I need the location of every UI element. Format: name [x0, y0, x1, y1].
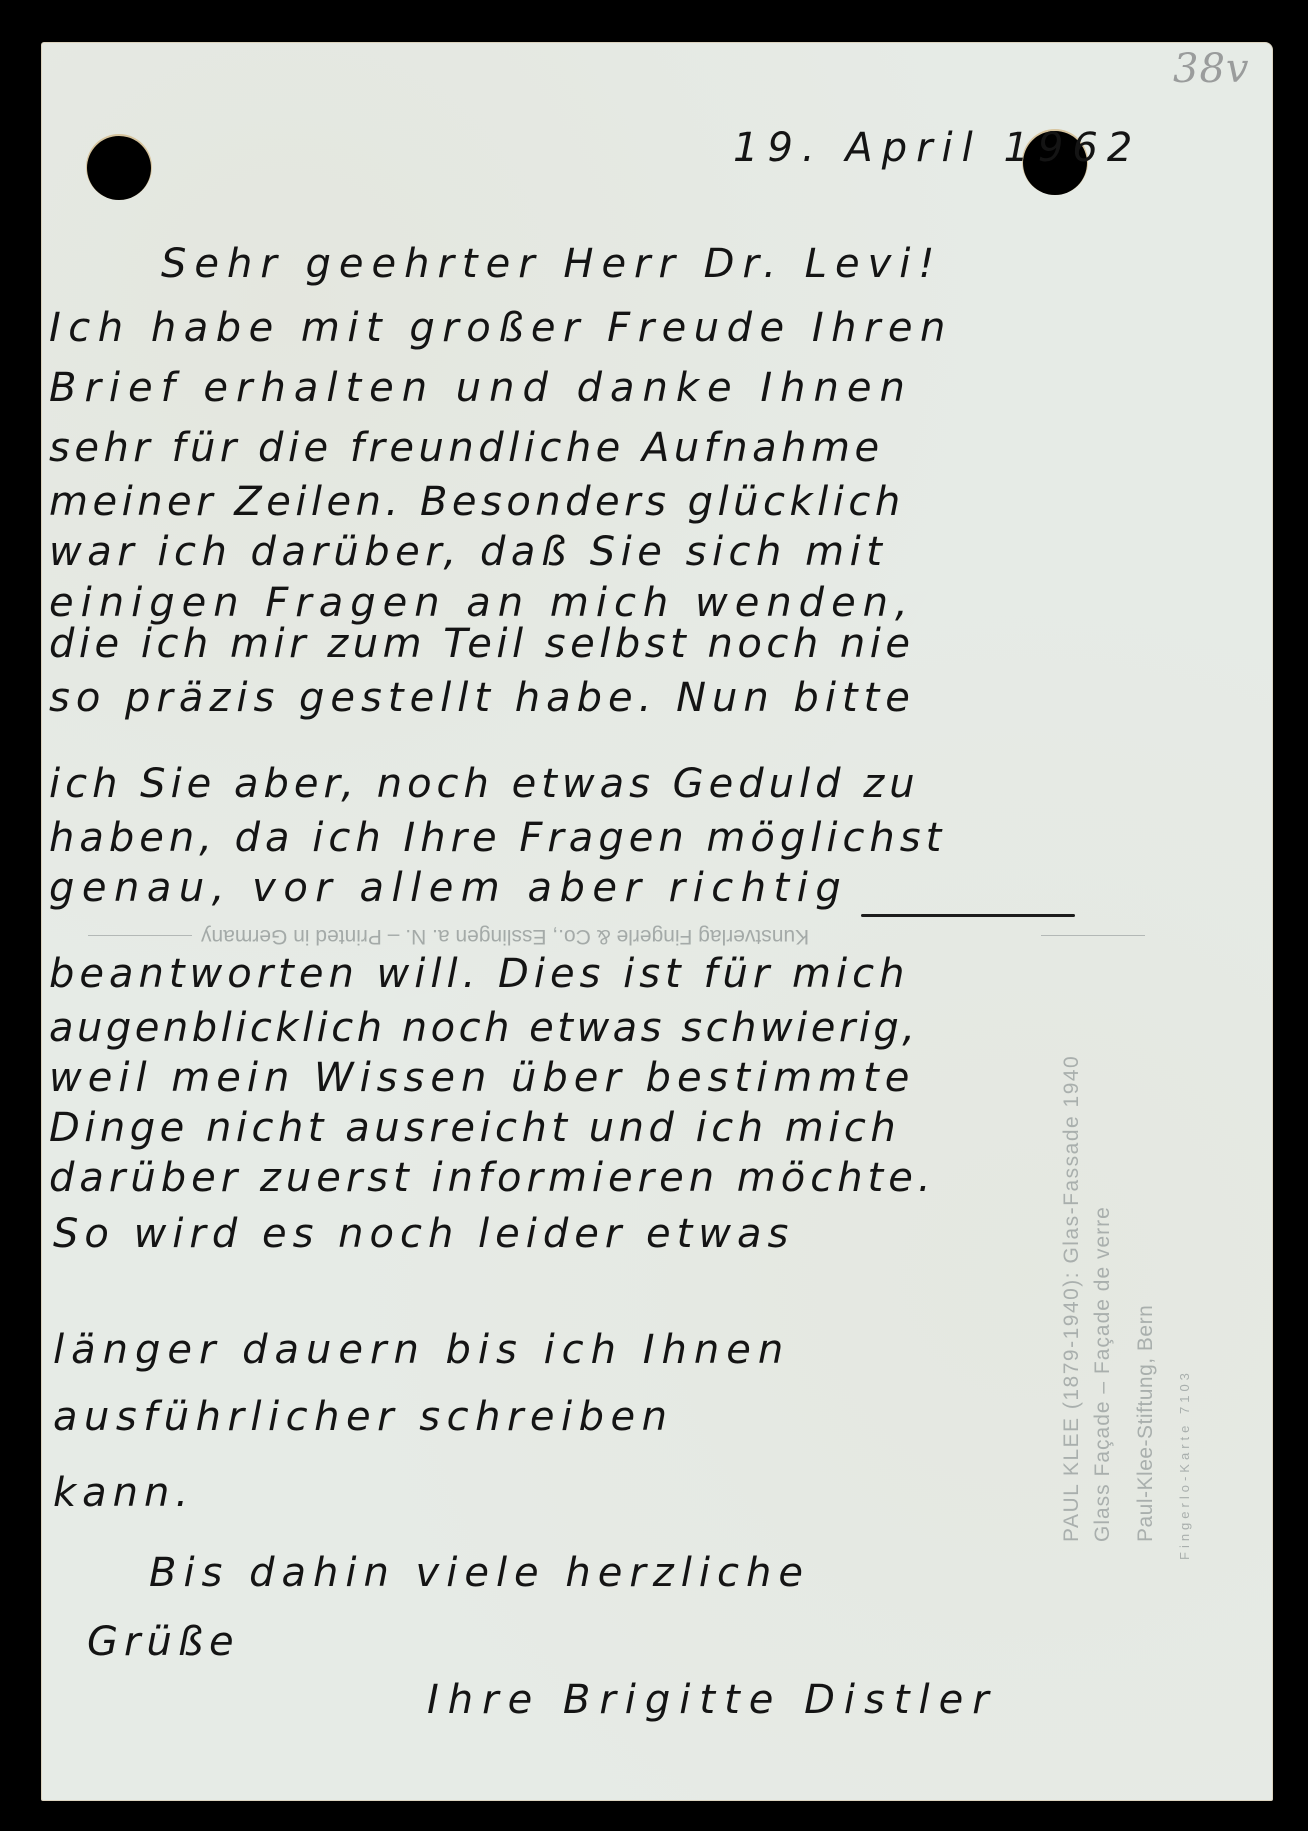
salutation: Sehr geehrter Herr Dr. Levi! [161, 244, 942, 284]
body-line: meiner Zeilen. Besonders glücklich [49, 482, 905, 522]
body-line: einigen Fragen an mich wenden, [49, 583, 915, 623]
body-line: ausführlicher schreiben [53, 1397, 673, 1437]
artwork-caption-title: PAUL KLEE (1879-1940): Glas-Fassade 1940 [1060, 1055, 1084, 1542]
imprint-rule-left [88, 935, 192, 936]
richtig-underline [861, 914, 1075, 917]
punch-hole-left [87, 136, 151, 200]
closing-line: Grüße [87, 1622, 240, 1662]
card-number: Fingerlo-Karte 7103 [1177, 1369, 1192, 1560]
body-line: genau, vor allem aber richtig [49, 868, 848, 908]
body-line: sehr für die freundliche Aufnahme [49, 428, 884, 468]
body-line: Dinge nicht ausreicht und ich mich [49, 1108, 900, 1148]
publisher-imprint: Kunstverlag Fingerle & Co., Esslingen a.… [201, 924, 809, 948]
artwork-caption-owner: Paul-Klee-Stiftung, Bern [1134, 1305, 1158, 1542]
postcard: 38v 19. April 1962 Sehr geehrter Herr Dr… [41, 42, 1273, 1801]
artwork-caption-subtitle: Glass Façade – Façade de verre [1091, 1206, 1115, 1542]
signature: Ihre Brigitte Distler [427, 1680, 998, 1720]
body-line: weil mein Wissen über bestimmte [49, 1058, 915, 1098]
body-line: die ich mir zum Teil selbst noch nie [49, 624, 914, 664]
body-line: darüber zuerst informieren möchte. [49, 1158, 936, 1198]
body-line: länger dauern bis ich Ihnen [53, 1330, 790, 1370]
closing-line: Bis dahin viele herzliche [149, 1553, 810, 1593]
body-line: haben, da ich Ihre Fragen möglichst [49, 818, 946, 858]
body-line: beantworten will. Dies ist für mich [49, 954, 909, 994]
body-line: kann. [53, 1473, 194, 1513]
body-line: Brief erhalten und danke Ihnen [49, 368, 913, 408]
body-line: Ich habe mit großer Freude Ihren [49, 308, 953, 348]
archive-mark: 38v [1173, 46, 1250, 92]
imprint-rule-right [1041, 935, 1145, 936]
letter-date: 19. April 1962 [733, 128, 1141, 168]
body-line: So wird es noch leider etwas [53, 1214, 794, 1254]
body-line: so präzis gestellt habe. Nun bitte [49, 678, 916, 718]
body-line: ich Sie aber, noch etwas Geduld zu [49, 764, 920, 804]
body-line: war ich darüber, daß Sie sich mit [49, 532, 887, 572]
body-line: augenblicklich noch etwas schwierig, [49, 1008, 919, 1048]
